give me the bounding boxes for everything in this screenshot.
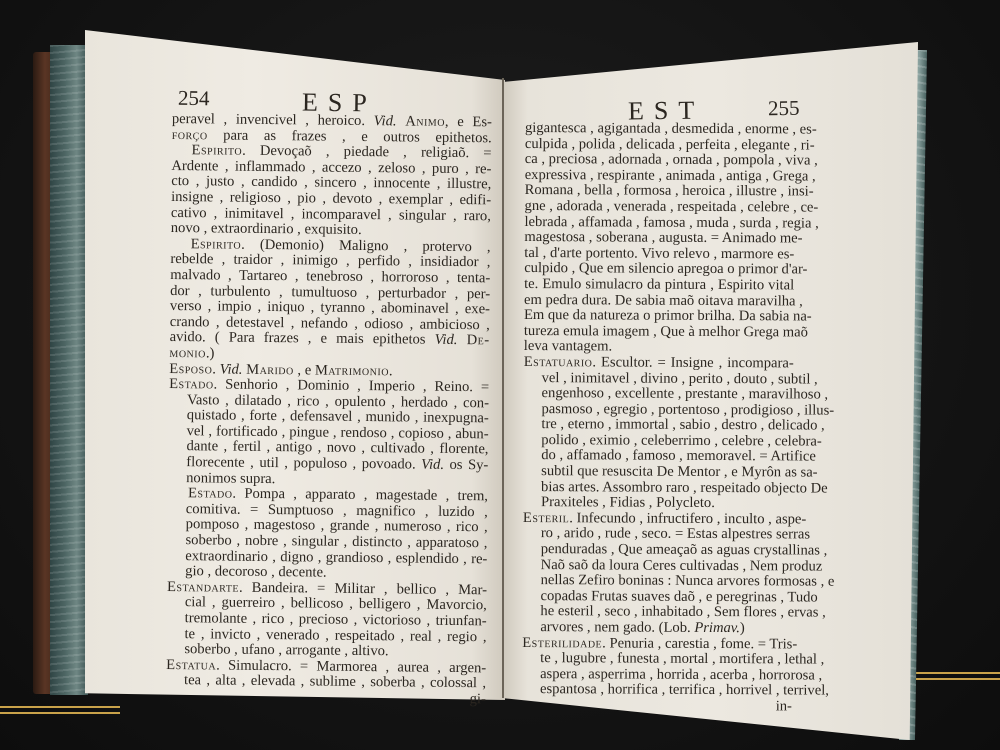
gold-rule-left-upper	[0, 706, 120, 708]
italic-word: Vid.	[421, 457, 444, 473]
small-caps-word: Esterilidade	[522, 635, 602, 651]
italic-word: Vid.	[220, 361, 243, 377]
small-caps-word: Estado	[188, 485, 233, 501]
gold-rule-right-upper	[915, 672, 1000, 674]
small-caps-word: Esteril	[523, 510, 569, 526]
left-page-number: 254	[178, 86, 210, 112]
small-caps-word: De-	[467, 332, 490, 348]
small-caps-word: Estatua	[166, 657, 216, 674]
left-page-text: peravel , invencivel , heroico. Vid. Ani…	[166, 112, 492, 708]
small-caps-word: forço	[172, 127, 208, 143]
gold-rule-right-lower	[915, 678, 1000, 680]
text-line: espantosa , horrifica , terrifica , horr…	[522, 682, 792, 699]
text-line: tea , alta , elevada , sublime , soberba…	[166, 673, 486, 692]
small-caps-word: monio	[169, 345, 206, 361]
book-gutter	[502, 78, 504, 698]
italic-word: Primav.	[694, 620, 740, 636]
small-caps-word: Marido	[246, 361, 294, 377]
small-caps-word: Estatuario	[524, 354, 593, 370]
italic-word: Vid.	[435, 332, 458, 348]
gold-rule-left-lower	[0, 712, 120, 714]
small-caps-word: Matrimonio	[315, 362, 389, 379]
small-caps-word: Espirito	[191, 236, 242, 253]
small-caps-word: Estandarte	[167, 579, 239, 596]
small-caps-word: Esposo	[169, 360, 212, 376]
text-line: in-	[522, 698, 792, 715]
italic-word: Vid.	[374, 113, 397, 129]
small-caps-word: Espirito	[192, 142, 243, 159]
right-page-number: 255	[768, 96, 800, 122]
marbled-page-edge-left	[50, 45, 88, 695]
small-caps-word: Animo	[405, 113, 445, 129]
right-page-text: gigantesca , agigantada , desmedida , en…	[522, 121, 795, 715]
small-caps-word: Estado	[169, 376, 214, 392]
text-line: avido. ( Para frazes , e mais epithetos …	[170, 330, 490, 349]
